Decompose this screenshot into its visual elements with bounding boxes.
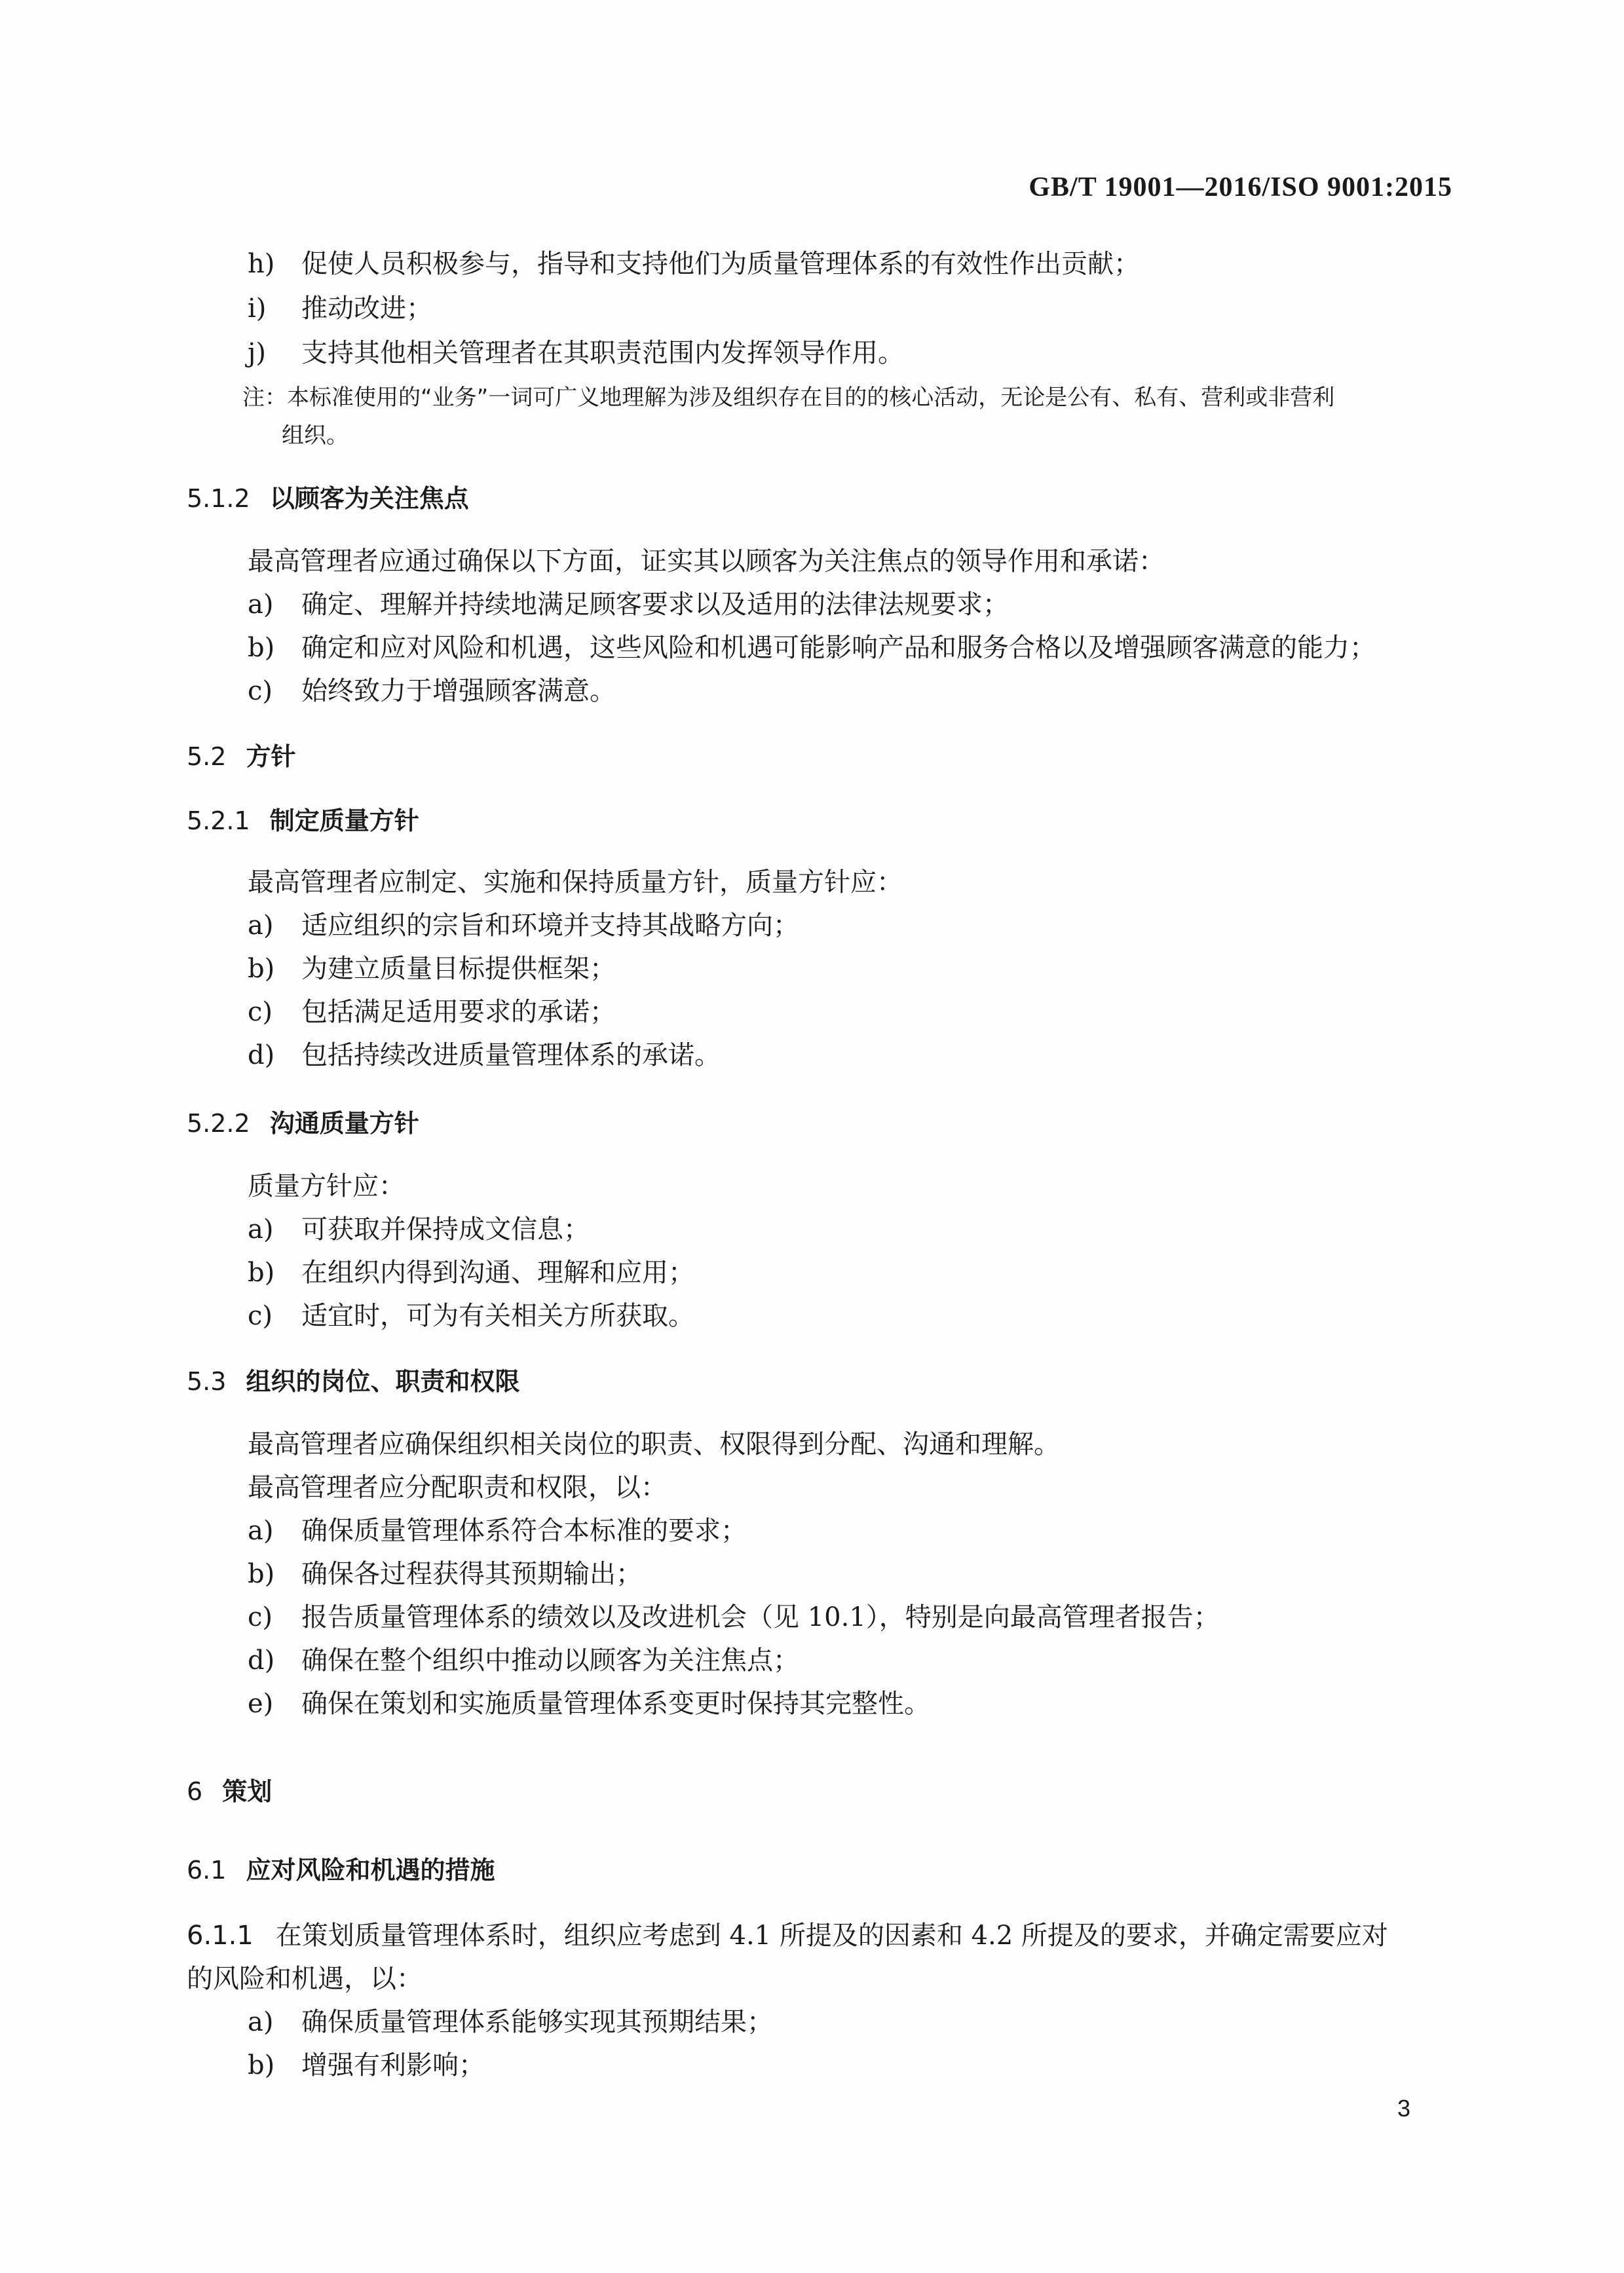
section-number: 5.2.2 [187, 1107, 250, 1140]
section-title: 组织的岗位、职责和权限 [246, 1367, 519, 1396]
list-marker: a) [248, 2006, 301, 2038]
list-item: e)确保在策划和实施质量管理体系变更时保持其完整性。 [248, 1687, 930, 1720]
list-item-text: 在组织内得到沟通、理解和应用； [301, 1258, 694, 1288]
list-item-text: 报告质量管理体系的绩效以及改进机会（见 10.1），特别是向最高管理者报告； [301, 1602, 1220, 1632]
list-item-text: 支持其他相关管理者在其职责范围内发挥领导作用。 [301, 338, 904, 368]
list-marker: b) [248, 2049, 301, 2082]
list-item-text: 适宜时，可为有关相关方所获取。 [301, 1301, 694, 1331]
list-item-text: 确保在策划和实施质量管理体系变更时保持其完整性。 [301, 1689, 930, 1719]
section-number: 6 [187, 1775, 202, 1808]
list-marker: j) [248, 337, 301, 369]
list-marker: d) [248, 1039, 301, 1072]
list-item: j)支持其他相关管理者在其职责范围内发挥领导作用。 [248, 337, 904, 369]
list-marker: a) [248, 1514, 301, 1547]
list-item: b)在组织内得到沟通、理解和应用； [248, 1256, 694, 1289]
list-item-text: 可获取并保持成文信息； [301, 1214, 590, 1245]
section-heading-5-2-1: 5.2.1制定质量方针 [187, 804, 419, 837]
paragraph: 最高管理者应通过确保以下方面，证实其以顾客为关注焦点的领导作用和承诺： [248, 545, 1165, 578]
clause-6-1-1-line-2: 的风险和机遇，以： [187, 1963, 423, 1995]
paragraph: 最高管理者应分配职责和权限，以： [248, 1471, 667, 1504]
list-item: d)确保在整个组织中推动以顾客为关注焦点； [248, 1644, 799, 1677]
list-item-text: 增强有利影响； [301, 2050, 485, 2080]
paragraph: 最高管理者应制定、实施和保持质量方针，质量方针应： [248, 866, 903, 899]
list-item: a)可获取并保持成文信息； [248, 1213, 590, 1246]
section-title: 策划 [222, 1777, 272, 1806]
section-number: 5.3 [187, 1365, 226, 1398]
section-heading-6-1: 6.1应对风险和机遇的措施 [187, 1854, 495, 1887]
list-item-text: 确保质量管理体系符合本标准的要求； [301, 1516, 747, 1546]
list-item-text: 适应组织的宗旨和环境并支持其战略方向； [301, 911, 799, 941]
list-item-text: 包括满足适用要求的承诺； [301, 997, 616, 1027]
section-heading-5-2-2: 5.2.2沟通质量方针 [187, 1107, 419, 1140]
list-item: a)适应组织的宗旨和环境并支持其战略方向； [248, 909, 799, 942]
list-marker: b) [248, 952, 301, 985]
section-title: 应对风险和机遇的措施 [246, 1856, 495, 1885]
section-title: 沟通质量方针 [270, 1109, 419, 1138]
list-item: b)为建立质量目标提供框架； [248, 952, 616, 985]
list-marker: b) [248, 1558, 301, 1590]
standard-id-header: GB/T 19001—2016/ISO 9001:2015 [1029, 172, 1452, 203]
list-marker: b) [248, 631, 301, 664]
list-marker: a) [248, 588, 301, 621]
section-heading-5-2: 5.2方针 [187, 740, 295, 773]
list-item-text: 确保在整个组织中推动以顾客为关注焦点； [301, 1645, 799, 1676]
list-item: i)推动改进； [248, 292, 432, 325]
paragraph: 质量方针应： [248, 1170, 405, 1203]
list-item: c)报告质量管理体系的绩效以及改进机会（见 10.1），特别是向最高管理者报告； [248, 1601, 1220, 1634]
list-item: a)确保质量管理体系符合本标准的要求； [248, 1514, 747, 1547]
list-item-text: 确保质量管理体系能够实现其预期结果； [301, 2007, 773, 2037]
list-item-text: 推动改进； [301, 293, 432, 324]
note-line-1: 注：本标准使用的“业务”一词可广义地理解为涉及组织存在目的的核心活动，无论是公有… [242, 381, 1334, 414]
section-heading-6: 6策划 [187, 1775, 272, 1808]
section-title: 方针 [246, 742, 295, 771]
section-number: 5.2.1 [187, 804, 250, 837]
note-line-2: 组织。 [282, 419, 349, 452]
clause-6-1-1-line-1: 6.1.1在策划质量管理体系时，组织应考虑到 4.1 所提及的因素和 4.2 所… [187, 1919, 1388, 1952]
document-page: GB/T 19001—2016/ISO 9001:2015 h)促使人员积极参与… [0, 0, 1624, 2273]
list-marker: h) [248, 248, 301, 280]
section-heading-5-1-2: 5.1.2以顾客为关注焦点 [187, 482, 469, 515]
section-title: 以顾客为关注焦点 [270, 484, 469, 513]
list-item: c)包括满足适用要求的承诺； [248, 996, 616, 1028]
list-item: b)确保各过程获得其预期输出； [248, 1558, 642, 1590]
list-item: a)确保质量管理体系能够实现其预期结果； [248, 2006, 773, 2038]
list-item: d)包括持续改进质量管理体系的承诺。 [248, 1039, 721, 1072]
list-marker: i) [248, 292, 301, 325]
list-marker: d) [248, 1644, 301, 1677]
list-item-text: 包括持续改进质量管理体系的承诺。 [301, 1040, 721, 1070]
list-marker: c) [248, 1601, 301, 1634]
list-item-text: 促使人员积极参与，指导和支持他们为质量管理体系的有效性作出贡献； [301, 249, 1140, 279]
section-number: 5.2 [187, 740, 226, 773]
list-item: h)促使人员积极参与，指导和支持他们为质量管理体系的有效性作出贡献； [248, 248, 1140, 280]
section-heading-5-3: 5.3组织的岗位、职责和权限 [187, 1365, 519, 1398]
list-marker: c) [248, 675, 301, 707]
list-marker: a) [248, 1213, 301, 1246]
list-marker: e) [248, 1687, 301, 1720]
list-item-text: 始终致力于增强顾客满意。 [301, 676, 616, 706]
list-item: b)确定和应对风险和机遇，这些风险和机遇可能影响产品和服务合格以及增强顾客满意的… [248, 631, 1376, 664]
clause-text: 在策划质量管理体系时，组织应考虑到 4.1 所提及的因素和 4.2 所提及的要求… [276, 1921, 1388, 1951]
list-marker: c) [248, 1300, 301, 1332]
list-item-text: 确定、理解并持续地满足顾客要求以及适用的法律法规要求； [301, 590, 1009, 620]
section-title: 制定质量方针 [270, 806, 419, 835]
list-item-text: 为建立质量目标提供框架； [301, 954, 616, 984]
list-item: a)确定、理解并持续地满足顾客要求以及适用的法律法规要求； [248, 588, 1009, 621]
section-number: 6.1 [187, 1854, 226, 1887]
paragraph: 最高管理者应确保组织相关岗位的职责、权限得到分配、沟通和理解。 [248, 1428, 1060, 1461]
list-item: c)适宜时，可为有关相关方所获取。 [248, 1300, 694, 1332]
list-item-text: 确定和应对风险和机遇，这些风险和机遇可能影响产品和服务合格以及增强顾客满意的能力… [301, 633, 1376, 663]
list-item: c)始终致力于增强顾客满意。 [248, 675, 616, 707]
list-marker: a) [248, 909, 301, 942]
page-number: 3 [1397, 2095, 1410, 2122]
list-marker: c) [248, 996, 301, 1028]
clause-number: 6.1.1 [187, 1921, 254, 1951]
section-number: 5.1.2 [187, 482, 250, 515]
list-item: b)增强有利影响； [248, 2049, 485, 2082]
list-item-text: 确保各过程获得其预期输出； [301, 1559, 642, 1589]
list-marker: b) [248, 1256, 301, 1289]
